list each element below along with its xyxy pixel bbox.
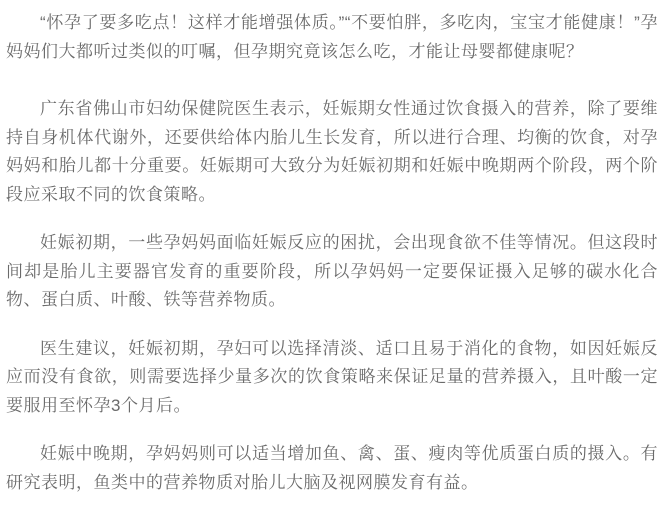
paragraph-early-pregnancy-advice: 医生建议，妊娠初期，孕妇可以选择清淡、适口且易于消化的食物，如因妊娠反应而没有食… — [6, 335, 658, 421]
paragraph-mid-late-pregnancy: 妊娠中晚期，孕妈妈则可以适当增加鱼、禽、蛋、瘦肉等优质蛋白质的摄入。有研究表明，… — [6, 440, 658, 497]
paragraph-doctor-overview: 广东省佛山市妇幼保健院医生表示，妊娠期女性通过饮食摄入的营养，除了要维持自身机体… — [6, 95, 658, 209]
paragraph-early-pregnancy-nutrients: 妊娠初期，一些孕妈妈面临妊娠反应的困扰，会出现食欲不佳等情况。但这段时间却是胎儿… — [6, 229, 658, 315]
article-body: “怀孕了要多吃点！这样才能增强体质。”“不要怕胖，多吃肉，宝宝才能健康！”孕妈妈… — [0, 0, 664, 497]
paragraph-intro-quotes: “怀孕了要多吃点！这样才能增强体质。”“不要怕胖，多吃肉，宝宝才能健康！”孕妈妈… — [6, 9, 658, 66]
